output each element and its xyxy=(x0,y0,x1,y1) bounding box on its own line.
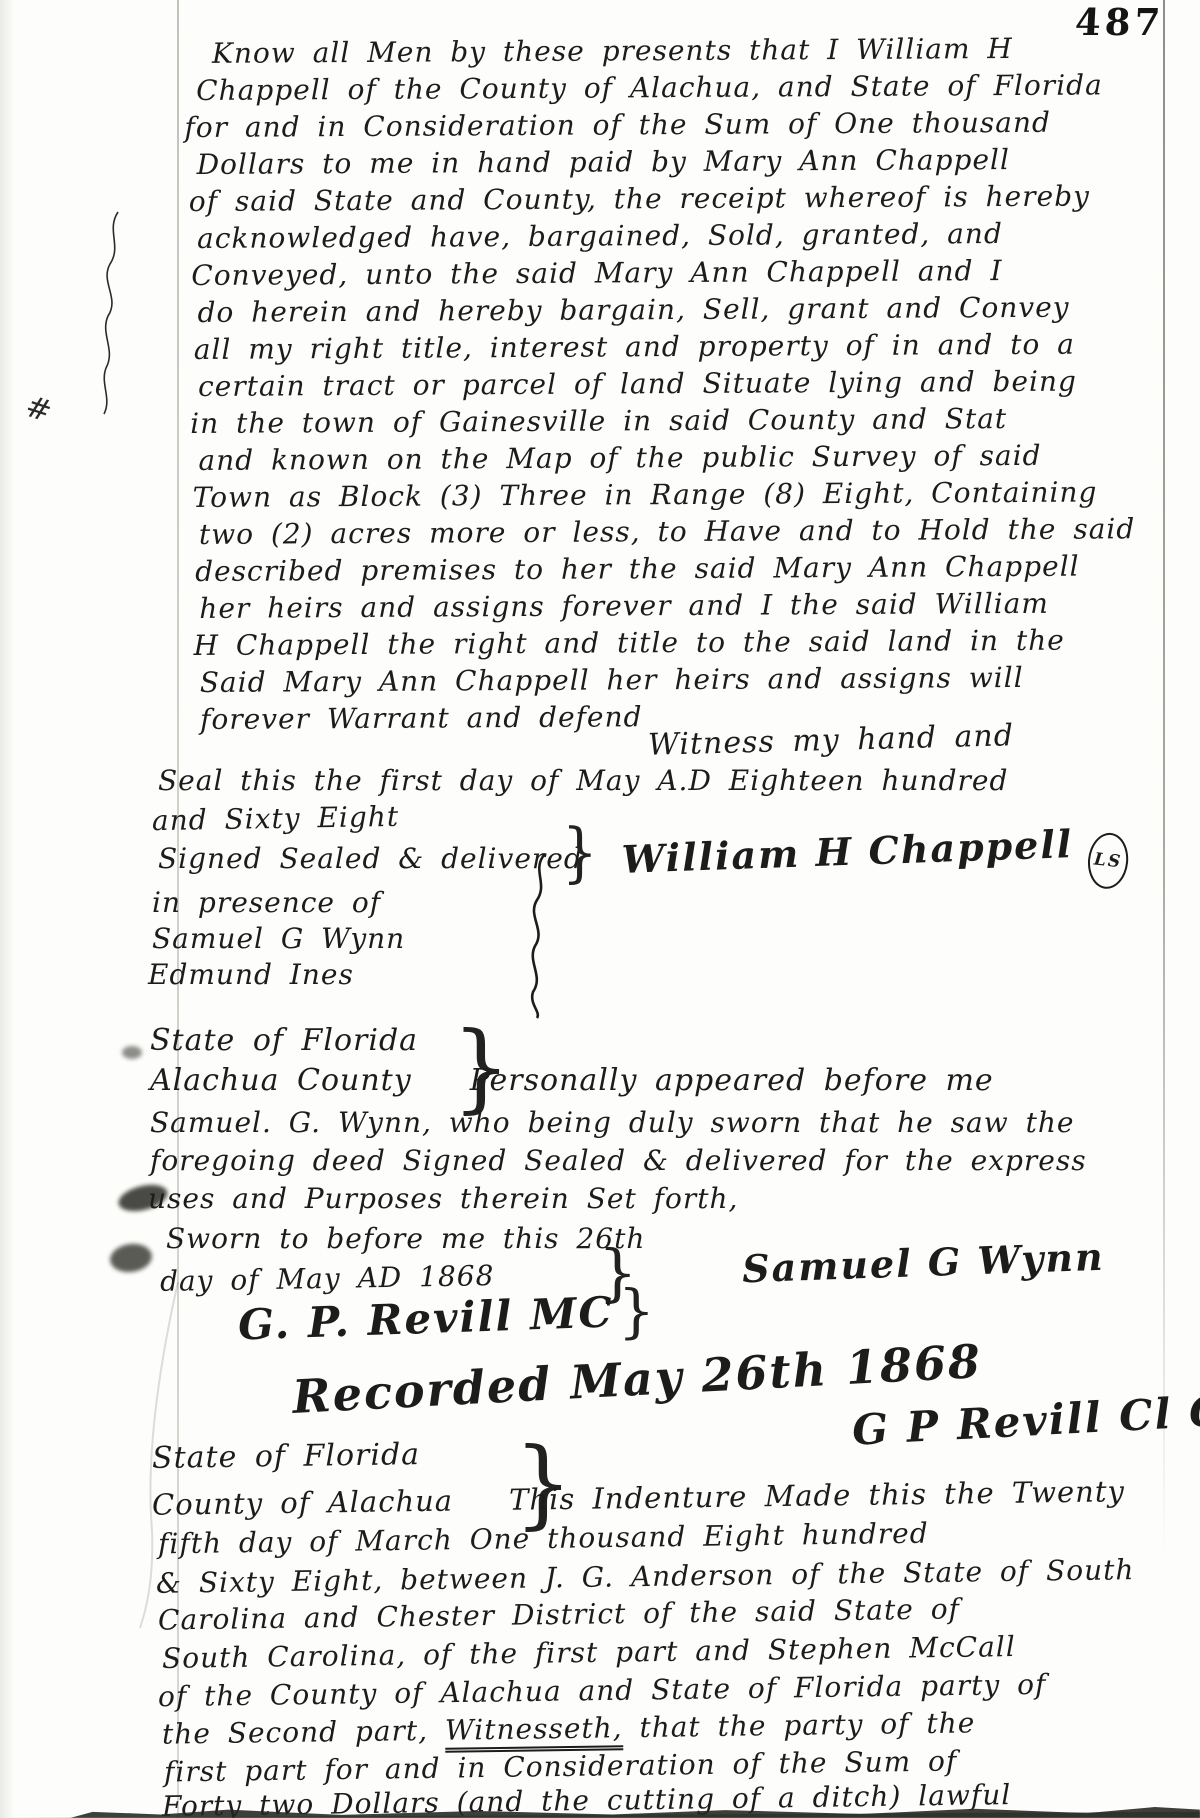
deed-line: Town as Block (3) Three in Range (8) Eig… xyxy=(193,473,1174,516)
deed-line: Know all Men by these presents that I Wi… xyxy=(212,29,1171,72)
deed-line: all my right title, interest and propert… xyxy=(194,325,1173,368)
deed2-county-line: County of AlachuaThis Indenture Made thi… xyxy=(152,1473,1125,1524)
ack-line: foregoing deed Signed Sealed & delivered… xyxy=(150,1142,1087,1179)
seal-mark: LS xyxy=(1085,831,1131,891)
presence-line: in presence of xyxy=(152,884,381,921)
scan-edge-left xyxy=(0,0,14,1818)
deed-line: H Chappell the right and title to the sa… xyxy=(193,621,1174,664)
witness-name: Samuel G Wynn xyxy=(152,920,405,957)
indenture-opening: This Indenture Made this the Twenty xyxy=(509,1474,1125,1517)
seal-date-line: Seal this the first day of May A.D Eight… xyxy=(158,762,1008,799)
ack-state-line: State of Florida xyxy=(150,1022,418,1059)
deed1-paragraph: Know all Men by these presents that I Wi… xyxy=(196,29,1175,738)
ack-line: Samuel. G. Wynn, who being duly sworn th… xyxy=(150,1104,1074,1141)
grantor-signature: William H ChappellLS xyxy=(621,819,1129,906)
witnesseth-post: that the party of the xyxy=(622,1706,975,1744)
deed-line: Conveyed, unto the said Mary Ann Chappel… xyxy=(191,251,1172,294)
deed-line: do herein and hereby bargain, Sell, gran… xyxy=(197,288,1172,331)
deed-line: certain tract or parcel of land Situate … xyxy=(198,362,1173,405)
deed-line: Chappell of the County of Alachua, and S… xyxy=(196,66,1171,109)
document-page: 487 # Know all Men by these presents tha… xyxy=(0,0,1200,1818)
witnesseth-pre: the Second part, xyxy=(162,1714,445,1751)
brace: } xyxy=(618,1282,655,1340)
county-text: Alachua County xyxy=(150,1063,412,1098)
margin-squiggle xyxy=(96,208,128,423)
deed-line: in the town of Gainesville in said Count… xyxy=(190,399,1173,442)
hash-mark: # xyxy=(21,389,56,430)
deed-line: Said Mary Ann Chappell her heirs and ass… xyxy=(200,658,1175,701)
deed-line: of said State and County, the receipt wh… xyxy=(189,177,1172,220)
deed2-state-line: State of Florida xyxy=(152,1436,421,1477)
deed-line: acknowledged have, bargained, Sold, gran… xyxy=(197,214,1172,257)
ink-smudge xyxy=(122,1046,142,1059)
appeared-text: Personally appeared before me xyxy=(470,1063,994,1098)
county-text: County of Alachua xyxy=(152,1484,454,1522)
sworn-line: Sworn to before me this 26th xyxy=(166,1220,645,1257)
deed-line: for and in Consideration of the Sum of O… xyxy=(184,103,1171,146)
witness-name: Edmund Ines xyxy=(148,956,354,993)
deed-line: her heirs and assigns forever and I the … xyxy=(199,584,1174,627)
signed-sealed-line: Signed Sealed & delivered xyxy=(158,840,583,877)
brace: } xyxy=(562,822,598,886)
ack-county-line: Alachua CountyPersonally appeared before… xyxy=(150,1062,994,1099)
deed-line: described premises to her the said Mary … xyxy=(195,547,1174,590)
ink-smudge xyxy=(108,1241,153,1275)
deed-line: two (2) acres more or less, to Have and … xyxy=(199,510,1174,553)
seal-date-line2: and Sixty Eight xyxy=(152,798,400,839)
witness-brace xyxy=(524,852,552,1020)
deed-line: Dollars to me in hand paid by Mary Ann C… xyxy=(197,140,1172,183)
deed-line: and known on the Map of the public Surve… xyxy=(198,436,1173,479)
signature-text: William H Chappell xyxy=(621,821,1074,882)
ack-line: uses and Purposes therein Set forth, xyxy=(148,1180,738,1217)
recorded-clerk-signature: G P Revill Cl C xyxy=(851,1386,1200,1454)
notary-witness-signature: Samuel G Wynn xyxy=(741,1234,1105,1292)
